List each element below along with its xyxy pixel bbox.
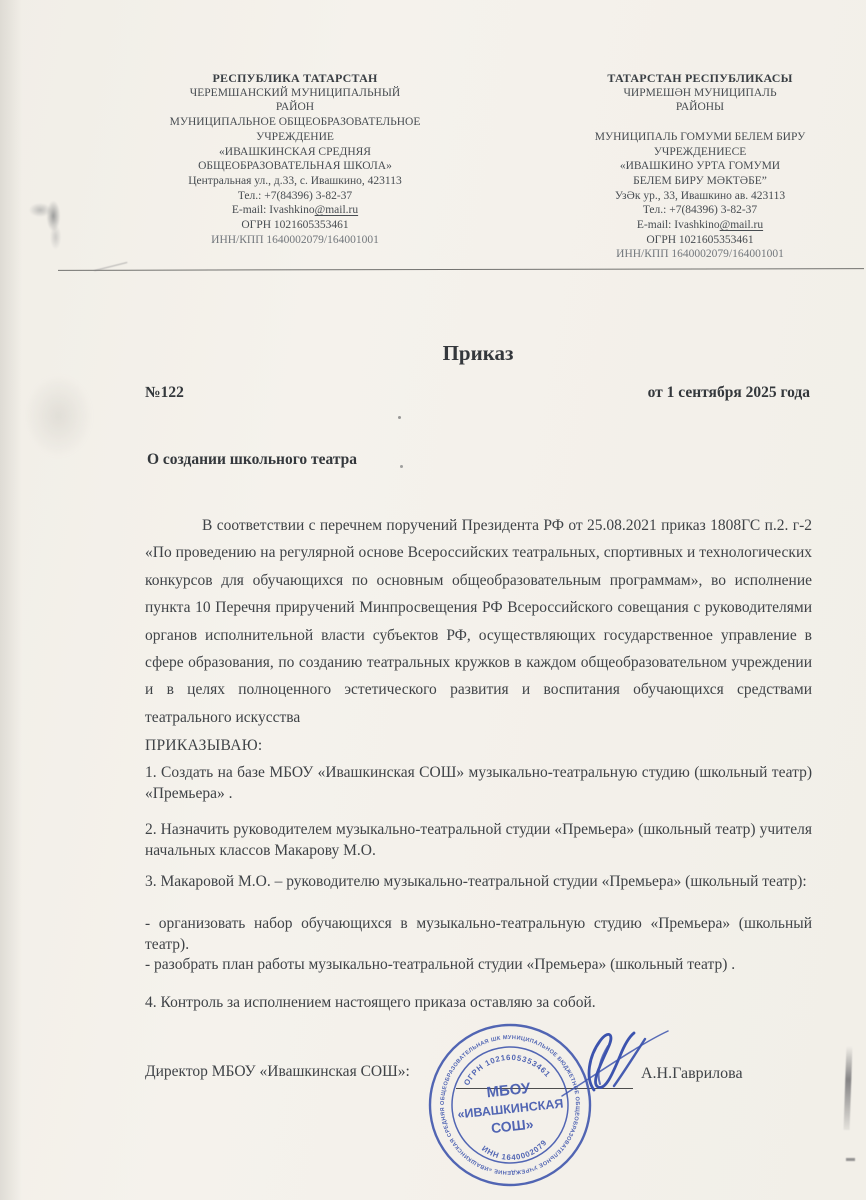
letterhead-left-email: E-mail: Ivashkino@mail.ru [128,203,462,218]
letterhead-left-line: «ИВАШКИНСКАЯ СРЕДНЯЯ [128,145,462,160]
letterhead-left: РЕСПУБЛИКА ТАТАРСТАН ЧЕРЕМШАНСКИЙ МУНИЦИ… [128,71,462,247]
order-item-1: 1. Создать на базе МБОУ «Ивашкинская СОШ… [145,763,812,804]
letterhead-right-line: БЕЛЕМ БИРУ МӘКТӘБЕ” [543,174,857,189]
decree-word: ПРИКАЗЫВАЮ: [145,737,263,755]
letterhead-right-line: УЧРЕЖДЕНИЕСЕ [543,145,857,160]
letterhead-left-phone: Тел.: +7(84396) 3-82-37 [128,189,462,204]
scan-scratch [94,262,128,273]
order-item-3-sub-2: - разобрать план работы музыкально-театр… [145,955,812,976]
letterhead-left-org-region: РЕСПУБЛИКА ТАТАРСТАН [128,71,462,86]
stamp-center-line-1: МБОУ [486,1080,532,1102]
letterhead-right-org-region: ТАТАРСТАН РЕСПУБЛИКАСЫ [543,71,857,86]
email-link-text: @mail.ru [720,219,763,231]
scan-streak [844,1046,853,1130]
scan-edge-shadow [0,0,22,1200]
letterhead-right-email: E-mail: Ivashkino@mail.ru [543,218,857,233]
letterhead-right-line: ЧИРМЕШӘН МУНИЦИПАЛЬ [543,86,857,101]
letterhead-left-inn: ИНН/КПП 1640002079/164001001 [128,233,462,248]
letterhead-left-line: РАЙОН [128,100,462,115]
order-item-3: 3. Макаровой М.О. – руководителю музыкал… [145,872,812,893]
letterhead-left-line: ЧЕРЕМШАНСКИЙ МУНИЦИПАЛЬНЫЙ [128,86,462,101]
letterhead-right-address: УзӘк ур., 33, Ивашкино ав. 423113 [543,189,857,204]
letterhead-right-phone: Тел.: +7(84396) 3-82-37 [543,203,857,218]
order-item-2: 2. Назначить руководителем музыкально-те… [145,820,812,861]
letterhead-right-line: «ИВАШКИНО УРТА ГОМУМИ [543,159,857,174]
stamp-inn-textpath: ИНН 1640002079 [479,1137,550,1165]
order-number: №122 [145,384,184,402]
signature-scribble [556,1026,674,1104]
order-preamble: В соответствии с перечнем поручений През… [145,512,812,731]
email-link-text: @mail.ru [315,204,358,216]
scan-smudge [27,192,71,252]
scan-speck [400,465,403,468]
stamp-center-line-3: СОШ» [490,1116,534,1136]
letterhead-divider-line [58,268,864,271]
scanned-order-document: РЕСПУБЛИКА ТАТАРСТАН ЧЕРЕМШАНСКИЙ МУНИЦИ… [0,0,866,1200]
scan-smudge [18,356,108,476]
letterhead-right-line: МУНИЦИПАЛЬ ГОМУМИ БЕЛЕМ БИРУ [543,130,857,145]
letterhead-right: ТАТАРСТАН РЕСПУБЛИКАСЫ ЧИРМЕШӘН МУНИЦИПА… [543,71,857,262]
letterhead-left-line: ОБЩЕОБРАЗОВАТЕЛЬНАЯ ШКОЛА» [128,159,462,174]
email-text: E-mail: Ivashkino [232,204,315,216]
letterhead-right-inn: ИНН/КПП 1640002079/164001001 [543,247,857,262]
letterhead-right-spacer [543,115,857,130]
letterhead-right-ogrn: ОГРН 1021605353461 [543,233,857,248]
letterhead-left-line: УЧРЕЖДЕНИЕ [128,130,462,145]
letterhead-left-address: Центральная ул., д.33, с. Ивашкино, 4231… [128,174,462,189]
scan-speck [398,416,401,419]
signature-label: Директор МБОУ «Ивашкинская СОШ»: [145,1063,410,1081]
scan-mark [846,1158,855,1161]
letterhead-left-line: МУНИЦИПАЛЬНОЕ ОБЩЕОБРАЗОВАТЕЛЬНОЕ [128,115,462,130]
order-date: от 1 сентября 2025 года [648,384,810,402]
letterhead-left-ogrn: ОГРН 1021605353461 [128,218,462,233]
stamp-inn-arc: ИНН 1640002079 [479,1137,550,1165]
order-item-3-sub-1: - организовать набор обучающихся в музык… [145,914,812,955]
email-text: E-mail: Ivashkino [637,219,720,231]
document-title: Приказ [145,341,811,366]
order-item-4: 4. Контроль за исполнением настоящего пр… [145,993,812,1014]
order-subject: О создании школьного театра [147,451,357,469]
letterhead-right-line: РАЙОНЫ [543,100,857,115]
